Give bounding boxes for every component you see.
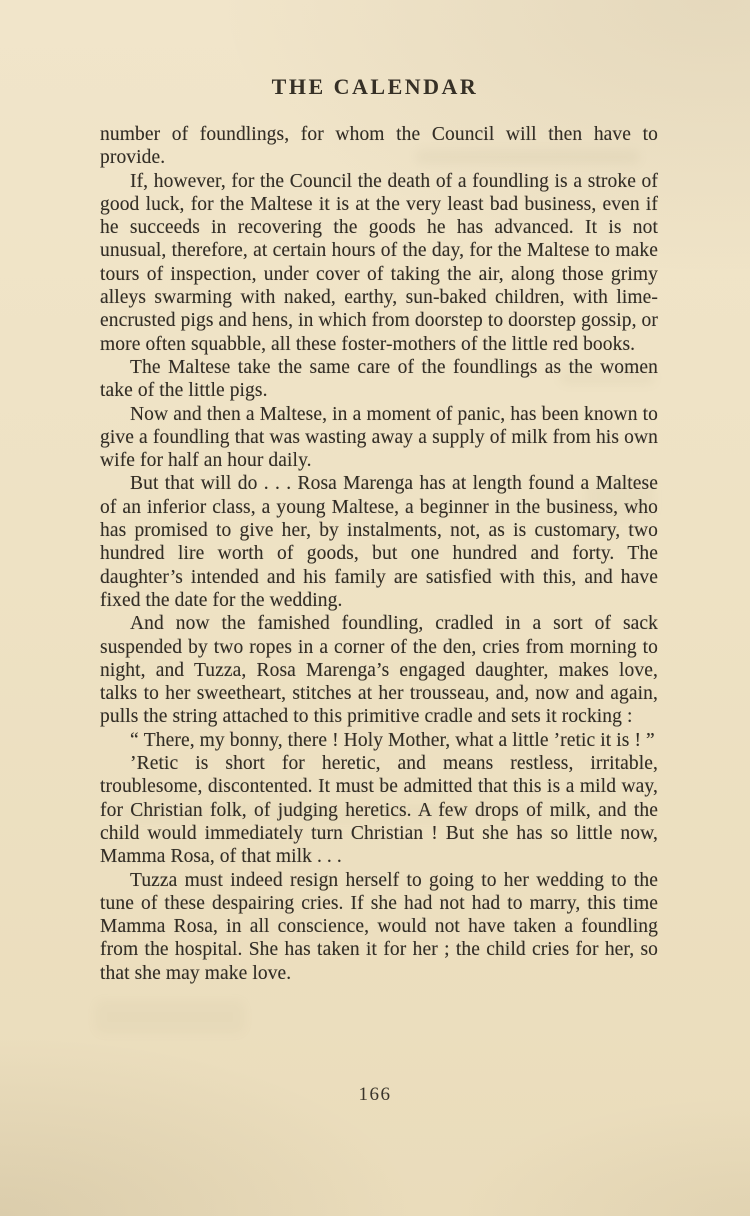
book-page: THE CALENDAR number of foundlings, for w… — [0, 0, 750, 1216]
body-paragraph: ’Retic is short for heretic, and means r… — [100, 752, 658, 868]
body-paragraph: number of foundlings, for whom the Counc… — [100, 123, 658, 170]
running-head: THE CALENDAR — [0, 74, 750, 100]
body-paragraph: Now and then a Maltese, in a moment of p… — [100, 403, 658, 473]
show-through-mark — [95, 1000, 245, 1034]
body-paragraph: The Maltese take the same care of the fo… — [100, 356, 658, 403]
body-paragraph: Tuzza must indeed resign herself to goin… — [100, 869, 658, 985]
text-block: number of foundlings, for whom the Counc… — [100, 123, 658, 985]
body-paragraph: But that will do . . . Rosa Marenga has … — [100, 472, 658, 612]
body-paragraph: “ There, my bonny, there ! Holy Mother, … — [100, 729, 658, 752]
body-paragraph: And now the famished foundling, cradled … — [100, 612, 658, 728]
body-paragraph: If, however, for the Council the death o… — [100, 170, 658, 356]
page-number: 166 — [0, 1084, 750, 1106]
